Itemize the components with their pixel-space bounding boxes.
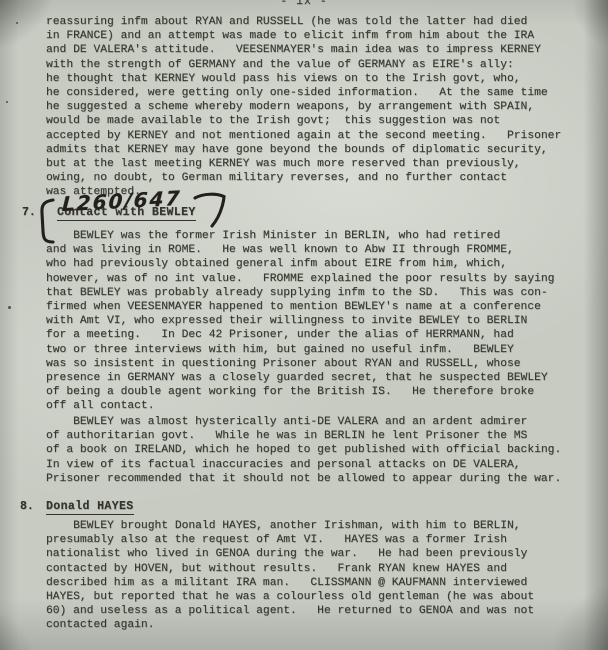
section-8-title: Donald HAYES: [46, 500, 134, 515]
handwritten-right-bracket-icon: [192, 191, 228, 231]
ink-speck: [6, 101, 8, 103]
section-7-paragraph-1: BEWLEY was the former Irish Minister in …: [20, 229, 595, 414]
section-8-heading: 8.Donald HAYES: [20, 500, 595, 513]
ink-speck: [8, 306, 11, 309]
scanned-document-page: - ix - reassuring infm about RYAN and RU…: [0, 0, 608, 650]
section-8-number: 8.: [20, 500, 46, 513]
section-7-heading: 7.Contact with BEWLEY L260/647: [20, 206, 595, 219]
page-number: - ix -: [0, 0, 608, 8]
intro-paragraph: reassuring infm about RYAN and RUSSELL (…: [20, 15, 595, 200]
section-7-paragraph-2: BEWLEY was almost hysterically anti-DE V…: [20, 415, 595, 486]
ink-speck: [16, 22, 18, 24]
section-8-paragraph-1: BEWLEY brought Donald HAYES, another Iri…: [20, 519, 595, 633]
